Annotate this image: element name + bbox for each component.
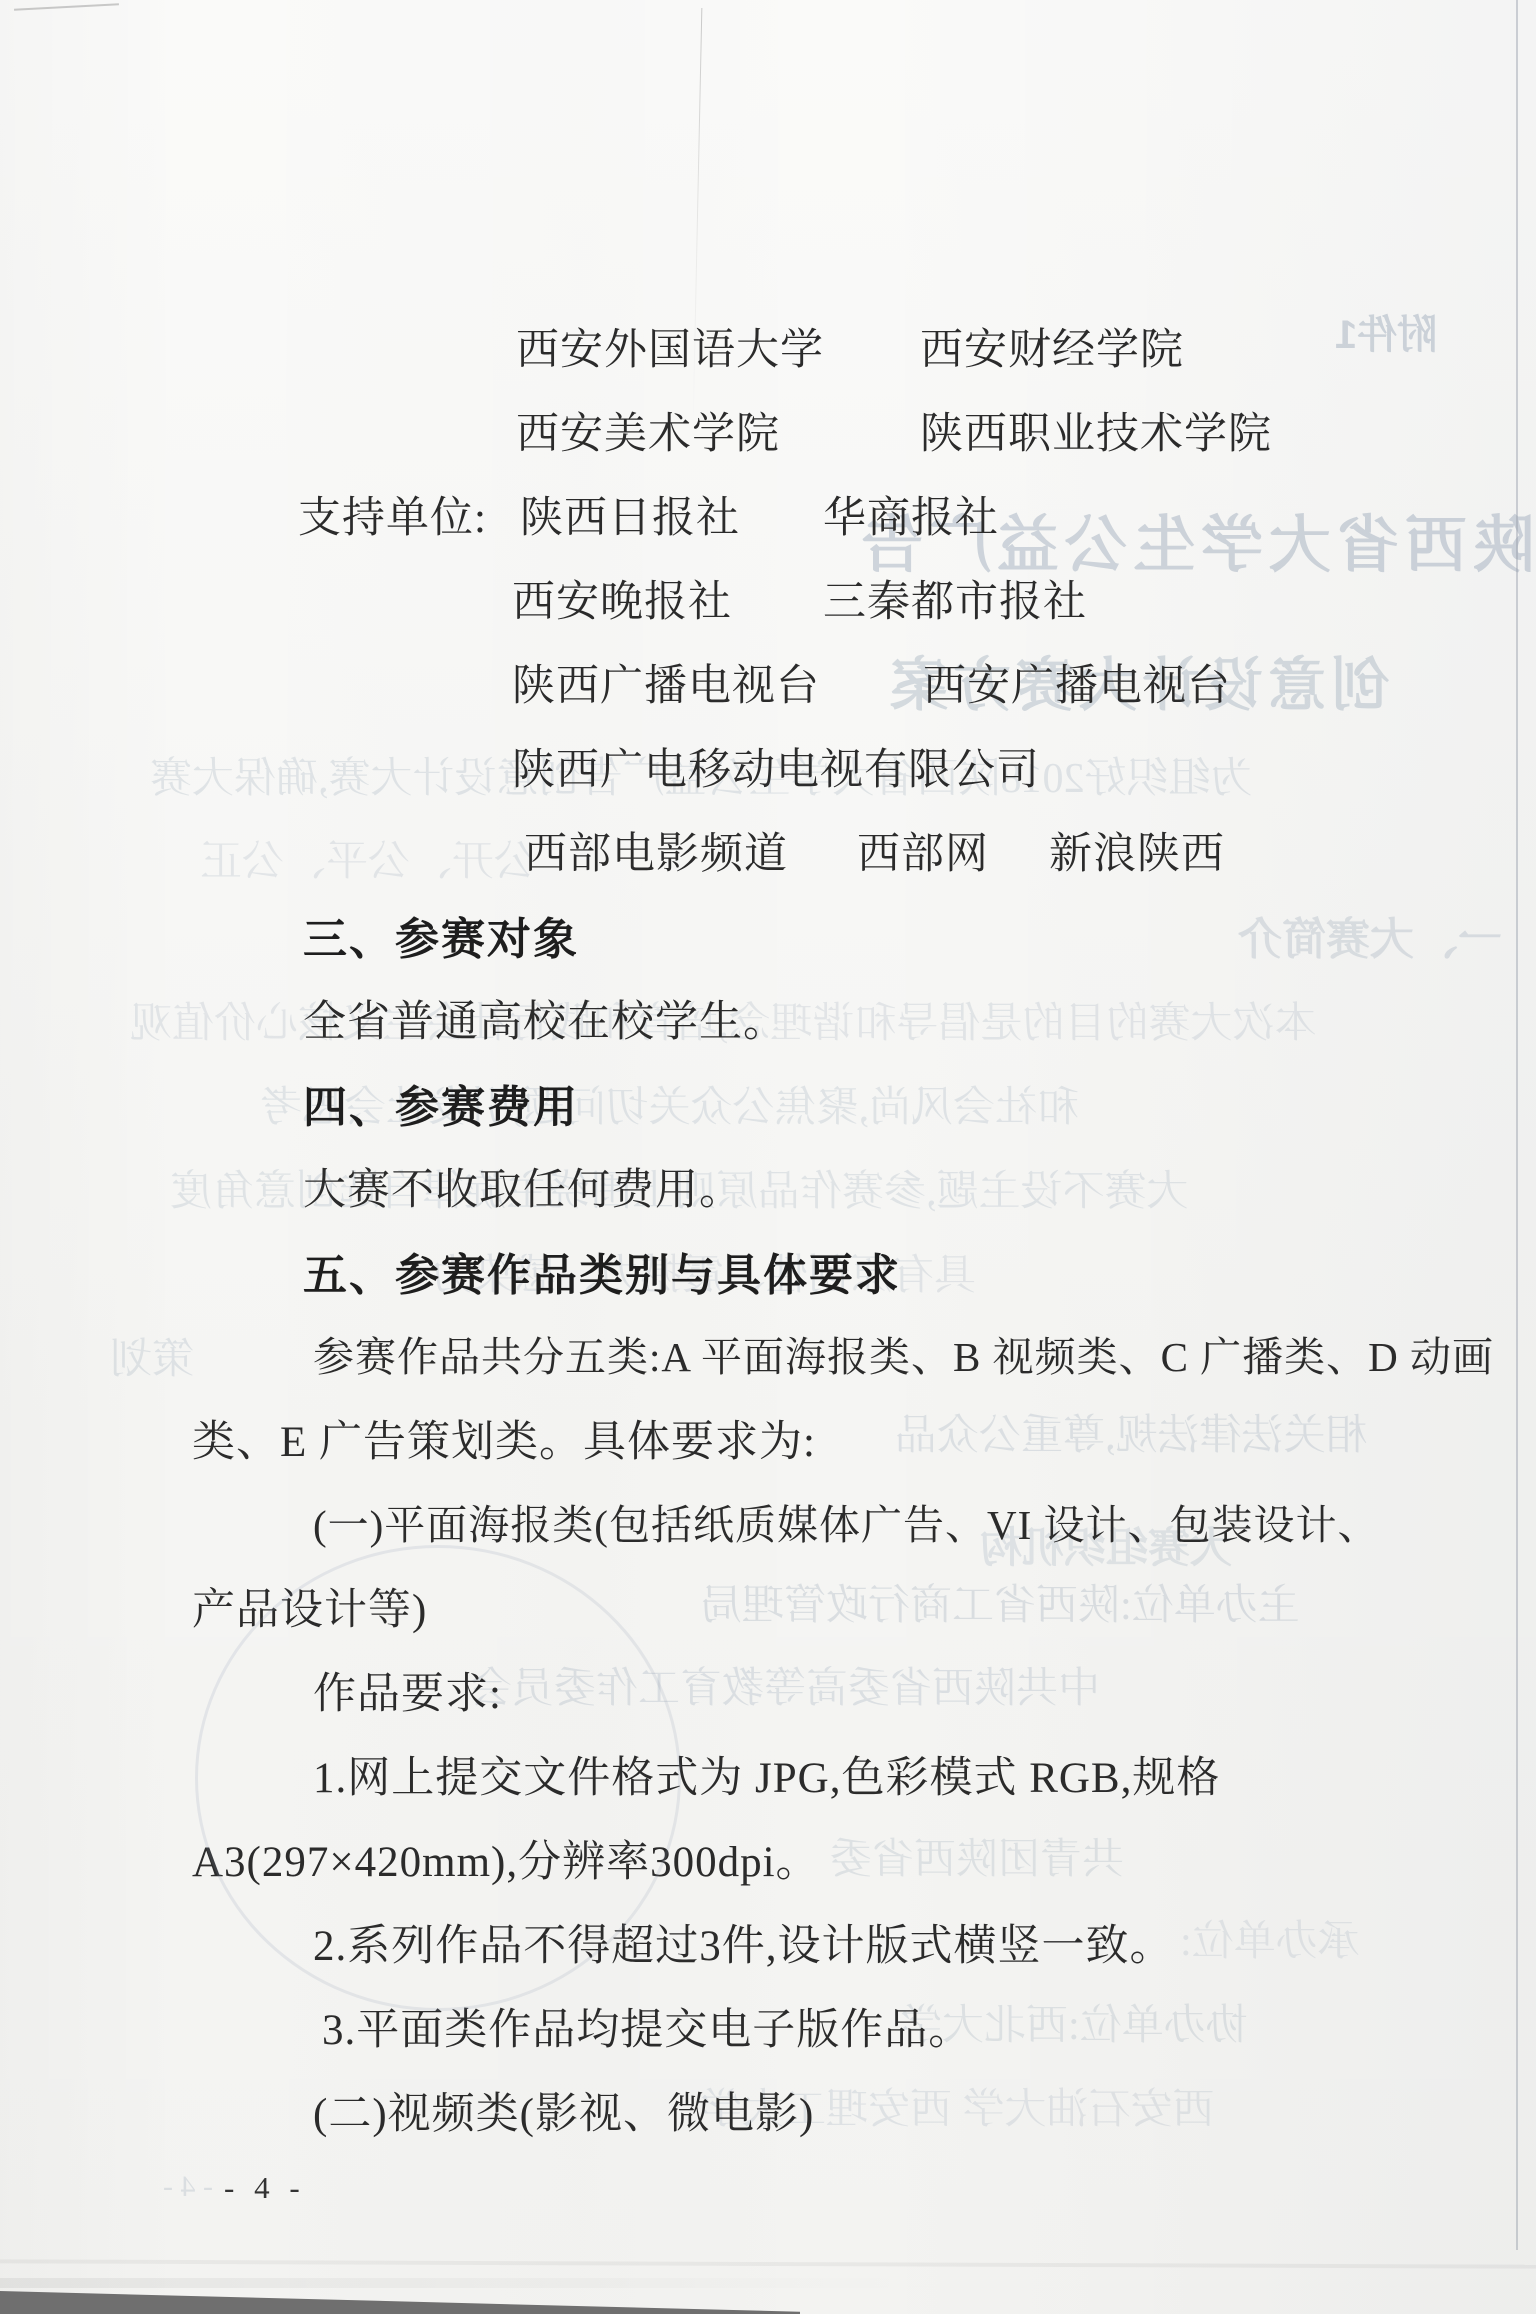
- text-line: 陕西职业技术学院: [920, 400, 1272, 461]
- text-line: 大赛不收取任何费用。: [303, 1156, 743, 1217]
- seal-bleedthrough-circle: [195, 1545, 681, 2011]
- text-line: 全省普通高校在校学生。: [303, 988, 787, 1049]
- text-line: 新浪陕西: [1049, 820, 1225, 881]
- text-line: 西安财经学院: [920, 316, 1184, 377]
- text-line: 西安美术学院: [516, 400, 780, 461]
- text-line: (二)视频类(影视、微电影): [313, 2080, 814, 2141]
- page-number: - 4 -: [224, 2170, 306, 2206]
- text-line: 陕西广播电视台: [512, 652, 820, 713]
- text-line: 类、E 广告策划类。具体要求为:: [192, 1408, 816, 1469]
- section-heading: 四、参赛费用: [303, 1071, 579, 1135]
- text-line: 陕西日报社: [520, 484, 740, 545]
- text-line: 华商报社: [823, 484, 999, 545]
- text-line: 西部电影频道: [524, 820, 788, 881]
- text-line: 三秦都市报社: [823, 568, 1087, 629]
- text-line: 西安外国语大学: [516, 316, 824, 377]
- section-heading: 三、参赛对象: [303, 903, 579, 967]
- section-heading: 五、参赛作品类别与具体要求: [303, 1239, 901, 1303]
- text-line: 参赛作品共分五类:A 平面海报类、B 视频类、C 广播类、D 动画: [313, 1324, 1494, 1383]
- scan-edge-line: [1516, 0, 1518, 2250]
- text-line: 西安晚报社: [512, 568, 732, 629]
- document-text-layer: 西安外国语大学西安财经学院西安美术学院陕西职业技术学院支持单位:陕西日报社华商报…: [0, 0, 1536, 2314]
- scanner-band-shade: [0, 2278, 1536, 2288]
- text-line: 西部网: [857, 820, 989, 881]
- text-line: 西安广播电视台: [923, 652, 1231, 713]
- text-line: (一)平面海报类(包括纸质媒体广告、VI 设计、包装设计、: [313, 1492, 1379, 1551]
- text-line: 支持单位:: [298, 484, 487, 545]
- scanned-document-page: 附件12018陕西省大学生公益广告创意设计大赛方案为组织好2018陕西省大学生公…: [0, 0, 1536, 2314]
- text-line: 陕西广电移动电视有限公司: [512, 736, 1040, 797]
